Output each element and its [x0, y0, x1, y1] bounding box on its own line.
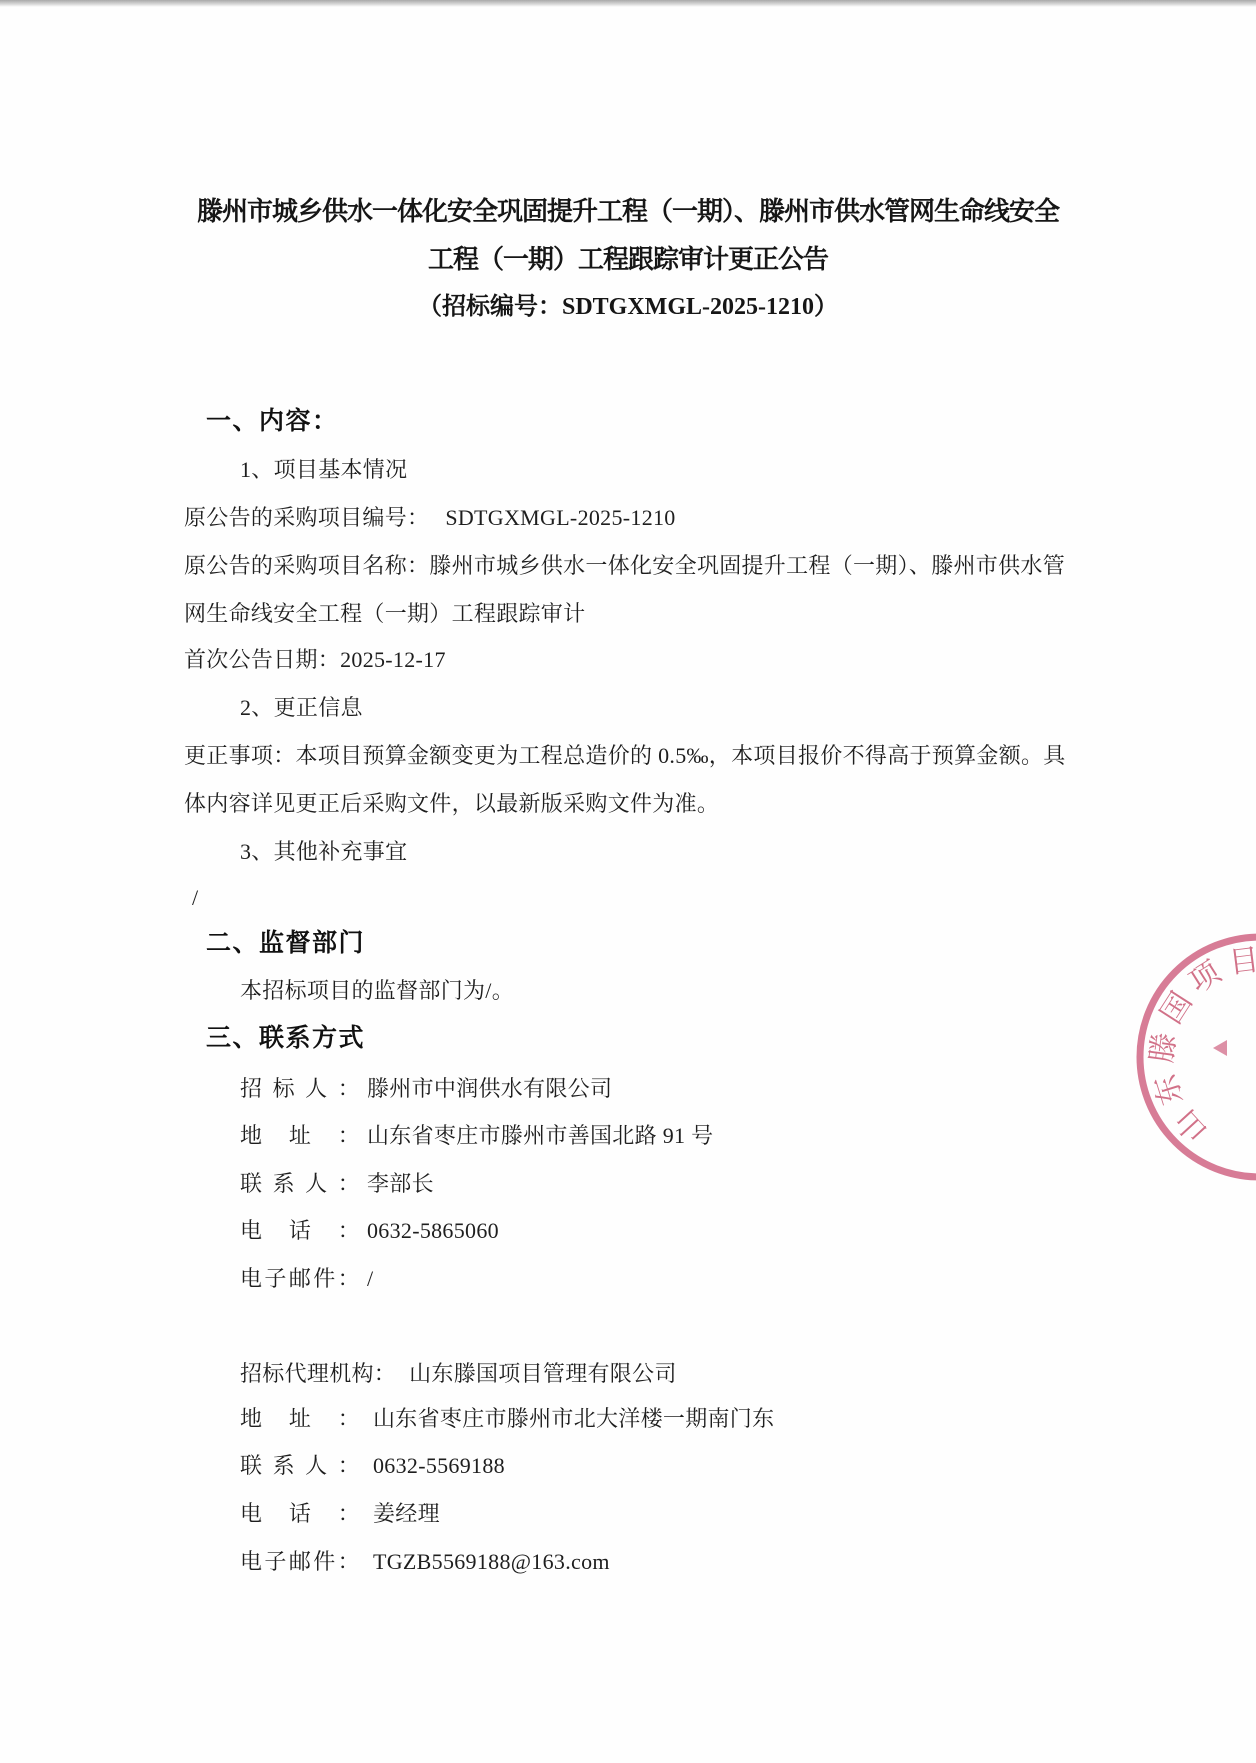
tenderer-email: /	[367, 1266, 373, 1291]
tenderer-phone: 0632-5865060	[367, 1218, 499, 1243]
agency-row-email: 电子邮件：TGZB5569188@163.com	[240, 1548, 610, 1576]
document-title-line1: 滕州市城乡供水一体化安全巩固提升工程（一期）、滕州市供水管网生命线安全	[0, 196, 1256, 229]
first-announce-date: 首次公告日期：2025-12-17	[184, 646, 446, 674]
orig-name-line2: 网生命线安全工程（一期）工程跟踪审计	[184, 600, 585, 628]
phone-label: 电话：	[240, 1217, 360, 1245]
agency-contact-value: 0632-5569188	[373, 1453, 505, 1478]
tenderer-address: 山东省枣庄市滕州市善国北路 91 号	[367, 1123, 713, 1148]
supervision-body: 本招标项目的监督部门为/。	[240, 977, 514, 1005]
email-label: 电子邮件：	[240, 1265, 360, 1293]
document-title-line2: 工程（一期）工程跟踪审计更正公告	[0, 244, 1256, 277]
orig-code-line: 原公告的采购项目编号：SDTGXMGL-2025-1210	[184, 504, 676, 532]
agency-row-phone: 电话：姜经理	[240, 1500, 440, 1528]
seal-star-point	[1213, 1040, 1227, 1056]
company-seal-stamp: 山东滕国项目管理有限公司	[1105, 902, 1256, 1212]
document-page: 滕州市城乡供水一体化安全巩固提升工程（一期）、滕州市供水管网生命线安全 工程（一…	[0, 0, 1256, 1763]
section-content-heading: 一、内容：	[206, 406, 339, 437]
agency-address: 山东省枣庄市滕州市北大洋楼一期南门东	[373, 1406, 774, 1431]
agency-label: 招标代理机构：	[240, 1360, 396, 1388]
agency-email: TGZB5569188@163.com	[373, 1549, 610, 1574]
orig-code-value: SDTGXMGL-2025-1210	[445, 505, 675, 530]
email-label: 电子邮件：	[240, 1548, 360, 1576]
tenderer-label: 招标人：	[240, 1075, 360, 1103]
tenderer-name: 滕州市中润供水有限公司	[367, 1076, 612, 1101]
orig-name-line1: 原公告的采购项目名称：滕州市城乡供水一体化安全巩固提升工程（一期）、滕州市供水管	[184, 552, 1065, 580]
section-contact-heading: 三、联系方式	[206, 1023, 365, 1054]
correction-line2: 体内容详见更正后采购文件，以最新版采购文件为准。	[184, 790, 719, 818]
agency-row-contact: 联系人：0632-5569188	[240, 1452, 505, 1480]
tender-number: （招标编号：SDTGXMGL-2025-1210）	[0, 292, 1256, 322]
phone-label: 电话：	[240, 1500, 360, 1528]
contact-person-label: 联系人：	[240, 1452, 360, 1480]
tenderer-row-phone: 电话：0632-5865060	[240, 1217, 499, 1245]
item-other-matters: 3、其他补充事宜	[240, 838, 407, 866]
contact-person-label: 联系人：	[240, 1170, 360, 1198]
agency-name: 山东滕国项目管理有限公司	[409, 1361, 677, 1386]
correction-line1: 更正事项：本项目预算金额变更为工程总造价的 0.5‰，本项目报价不得高于预算金额…	[184, 742, 1066, 770]
tenderer-row-contact: 联系人：李部长	[240, 1170, 434, 1198]
tenderer-row-address: 地址：山东省枣庄市滕州市善国北路 91 号	[240, 1122, 713, 1150]
other-matters-value: /	[192, 884, 198, 912]
address-label: 地址：	[240, 1405, 360, 1433]
section-supervision-heading: 二、监督部门	[206, 928, 365, 959]
agency-row-address: 地址：山东省枣庄市滕州市北大洋楼一期南门东	[240, 1405, 774, 1433]
agency-row-name: 招标代理机构：山东滕国项目管理有限公司	[240, 1360, 677, 1388]
scanner-edge-artifact	[0, 0, 1256, 7]
agency-phone-value: 姜经理	[373, 1501, 440, 1526]
tenderer-row-email: 电子邮件：/	[240, 1265, 373, 1293]
address-label: 地址：	[240, 1122, 360, 1150]
tenderer-row-name: 招标人：滕州市中润供水有限公司	[240, 1075, 612, 1103]
orig-code-label: 原公告的采购项目编号：	[184, 505, 429, 530]
item-basic-info: 1、项目基本情况	[240, 456, 407, 484]
item-correction-info: 2、更正信息	[240, 694, 363, 722]
tenderer-contact-person: 李部长	[367, 1171, 434, 1196]
